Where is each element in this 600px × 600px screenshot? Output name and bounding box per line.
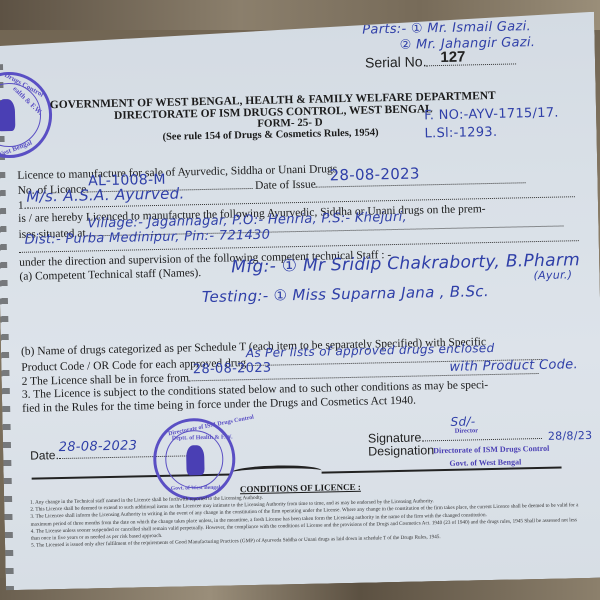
stamp-text-bottom: Govt. of West Bengal (171, 485, 221, 492)
signature-date: 28/8/23 (548, 429, 593, 443)
staff-testing: Testing:- ① Miss Suparna Jana , B.Sc. (202, 282, 489, 306)
stamp-text-outer: Directorate of ISM Drugs Control (168, 414, 255, 437)
product-code-value-2: with Product Code. (449, 357, 578, 375)
party-1: ① Mr. Ismail Gazi. (411, 19, 531, 37)
left-stamp: Drugs Control ealth & F.W. West Bengal (0, 71, 53, 159)
serial-number: Serial No. 127 (365, 51, 517, 70)
licence-document: Parts:- ① Mr. Ismail Gazi. ② Mr. Jahangi… (0, 12, 600, 590)
staff-label: (a) Competent Technical staff (Names). (19, 267, 201, 283)
party-2: ② Mr. Jahangir Gazi. (400, 35, 536, 53)
designation-line-1: Directorate of ISM Drugs Control (433, 444, 549, 455)
staff-mfg-qualification: (Ayur.) (533, 268, 572, 282)
emblem-icon (0, 99, 15, 131)
force-date-value: 28-08-2023 (193, 361, 272, 378)
file-number: F. NO:-AYV-1715/17. (424, 106, 559, 124)
date-of-issue-label: Date of Issue (255, 179, 316, 192)
serial-label: Serial No. (365, 53, 427, 70)
date-label: Date. (30, 448, 59, 463)
designation-label: Designation (368, 443, 434, 458)
date-of-issue-value: 28-08-2023 (329, 164, 420, 184)
item-number: 1. (18, 200, 27, 212)
designation-line-2: Govt. of West Bengal (449, 457, 521, 468)
header-rule: (See rule 154 of Drugs & Cosmetics Rules… (162, 127, 378, 143)
conditions-list: 1. Any change in the Technical staff nam… (30, 488, 587, 550)
stamp-text-inner: Deptt. of Health & F.W. (172, 434, 233, 441)
separator-right (322, 467, 562, 474)
ls-number: L.Sl:-1293. (424, 125, 497, 142)
center-stamp: Directorate of ISM Drugs Control Deptt. … (152, 417, 236, 501)
separator-flourish (231, 465, 321, 479)
date-value: 28-08-2023 (59, 438, 138, 455)
designation-title: Director (455, 427, 478, 434)
serial-value: 127 (440, 48, 465, 66)
licensee-name: M/s. A.S.A. Ayurved. (26, 184, 185, 205)
emblem-icon (186, 445, 205, 475)
